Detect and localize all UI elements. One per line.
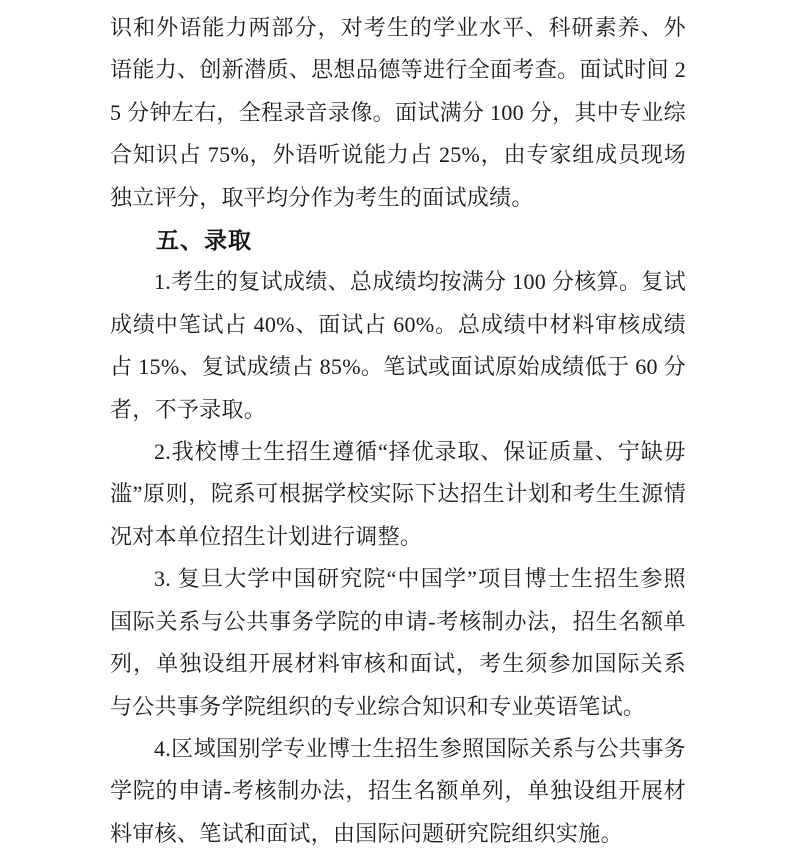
- section-heading-admission: 五、录取: [110, 219, 686, 261]
- admission-item-1: 1.考生的复试成绩、总成绩均按满分 100 分核算。复试成绩中笔试占 40%、面…: [110, 261, 686, 431]
- document-page: 识和外语能力两部分，对考生的学业水平、科研素养、外语能力、创新潜质、思想品德等进…: [0, 0, 799, 853]
- admission-item-4: 4.区域国别学专业博士生招生参照国际关系与公共事务学院的申请-考核制办法，招生名…: [110, 728, 686, 853]
- admission-item-3: 3. 复旦大学中国研究院“中国学”项目博士生招生参照国际关系与公共事务学院的申请…: [110, 558, 686, 728]
- paragraph-interview-continuation: 识和外语能力两部分，对考生的学业水平、科研素养、外语能力、创新潜质、思想品德等进…: [110, 7, 686, 219]
- admission-item-2: 2.我校博士生招生遵循“择优录取、保证质量、宁缺毋滥”原则，院系可根据学校实际下…: [110, 431, 686, 558]
